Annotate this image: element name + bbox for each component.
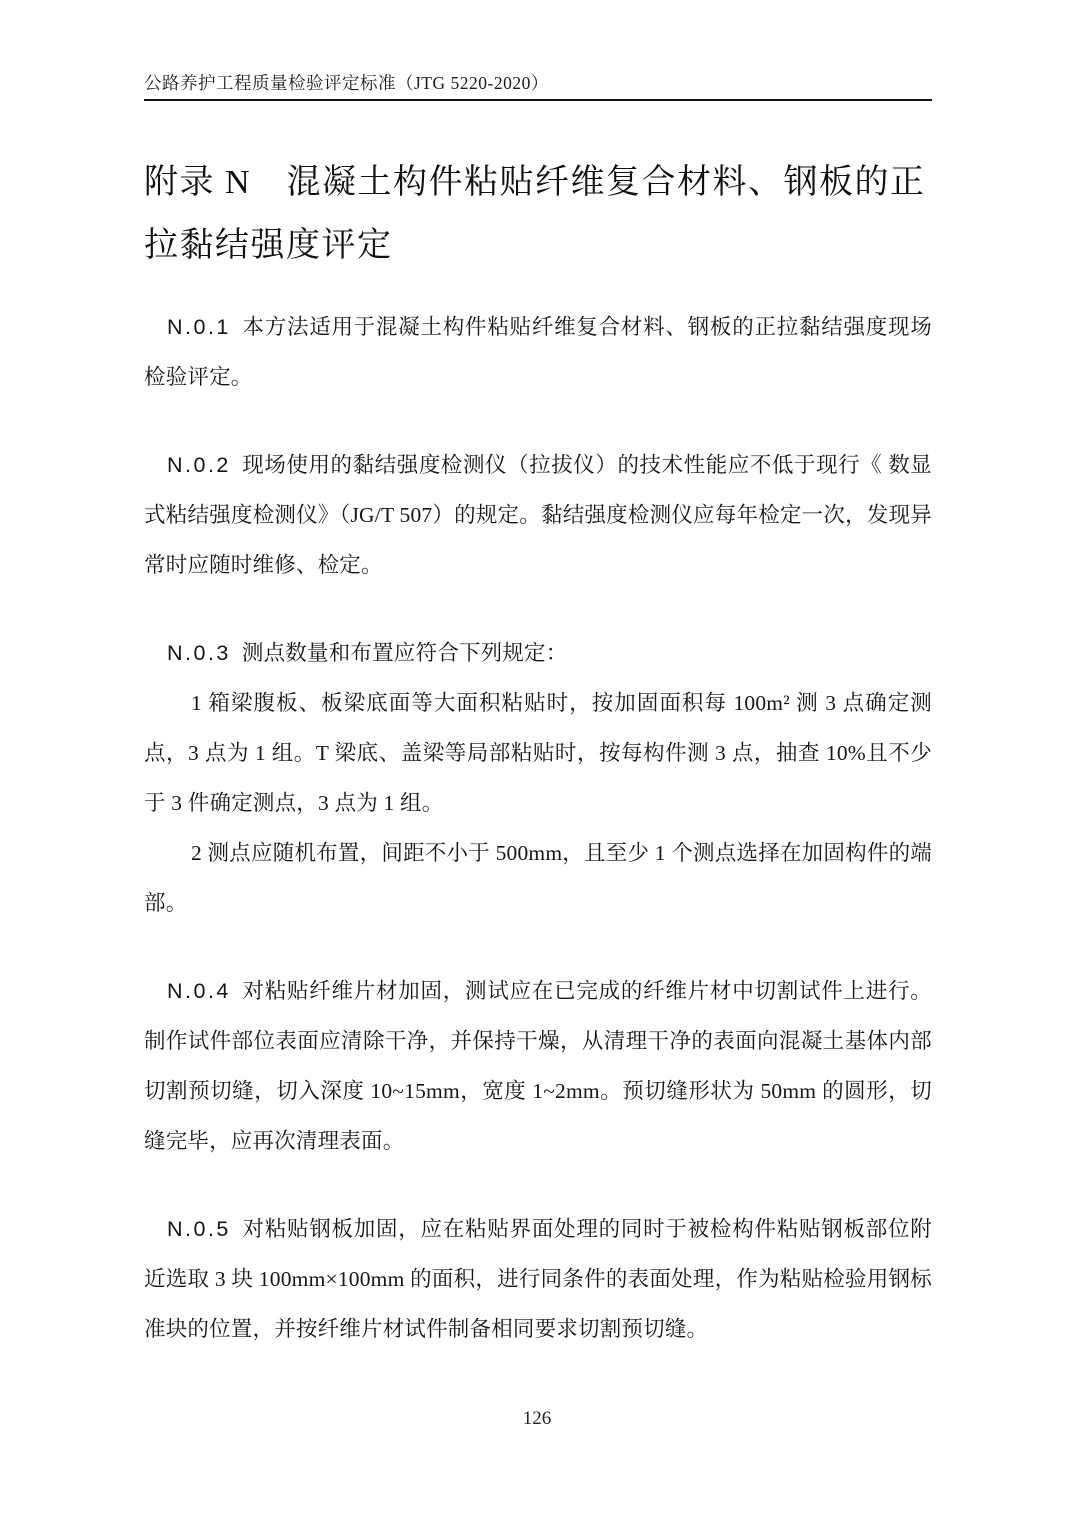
page-number: 126 <box>0 1408 1074 1430</box>
section-N03: N.0.3测点数量和布置应符合下列规定： <box>144 628 932 678</box>
section-N02-number: N.0.2 <box>167 453 231 477</box>
section-N05-number: N.0.5 <box>167 1217 231 1241</box>
running-header: 公路养护工程质量检验评定标准（JTG 5220-2020） <box>144 72 932 95</box>
section-N05: N.0.5对粘贴钢板加固，应在粘贴界面处理的同时于被检构件粘贴钢板部位附近选取 … <box>144 1204 932 1354</box>
section-N01-number: N.0.1 <box>167 315 231 339</box>
section-N02: N.0.2现场使用的黏结强度检测仪（拉拔仪）的技术性能应不低于现行《 数显式粘结… <box>144 440 932 590</box>
running-header-text: 公路养护工程质量检验评定标准（JTG 5220-2020） <box>144 73 549 93</box>
section-N05-text: 对粘贴钢板加固，应在粘贴界面处理的同时于被检构件粘贴钢板部位附近选取 3 块 1… <box>144 1217 932 1341</box>
section-N02-text: 现场使用的黏结强度检测仪（拉拔仪）的技术性能应不低于现行《 数显式粘结强度检测仪… <box>144 453 932 577</box>
section-N04-number: N.0.4 <box>167 979 231 1003</box>
page-content: 公路养护工程质量检验评定标准（JTG 5220-2020） 附录 N 混凝土构件… <box>144 0 932 1354</box>
document-page: 公路养护工程质量检验评定标准（JTG 5220-2020） 附录 N 混凝土构件… <box>0 0 1074 1520</box>
section-N03-number: N.0.3 <box>167 641 231 665</box>
appendix-title: 附录 N 混凝土构件粘贴纤维复合材料、钢板的正拉黏结强度评定 <box>144 151 932 277</box>
section-N01-text: 本方法适用于混凝土构件粘贴纤维复合材料、钢板的正拉黏结强度现场检验评定。 <box>144 315 932 389</box>
section-N03-item-2: 2 测点应随机布置，间距不小于 500mm，且至少 1 个测点选择在加固构件的端… <box>144 828 932 928</box>
section-N04-text: 对粘贴纤维片材加固，测试应在已完成的纤维片材中切割试件上进行。制作试件部位表面应… <box>144 979 932 1153</box>
section-N03-item-1: 1 箱梁腹板、板梁底面等大面积粘贴时，按加固面积每 100m² 测 3 点确定测… <box>144 678 932 828</box>
section-N01: N.0.1本方法适用于混凝土构件粘贴纤维复合材料、钢板的正拉黏结强度现场检验评定… <box>144 302 932 402</box>
section-N04: N.0.4对粘贴纤维片材加固，测试应在已完成的纤维片材中切割试件上进行。制作试件… <box>144 966 932 1166</box>
section-N03-text: 测点数量和布置应符合下列规定： <box>242 641 568 665</box>
header-divider <box>144 99 932 101</box>
